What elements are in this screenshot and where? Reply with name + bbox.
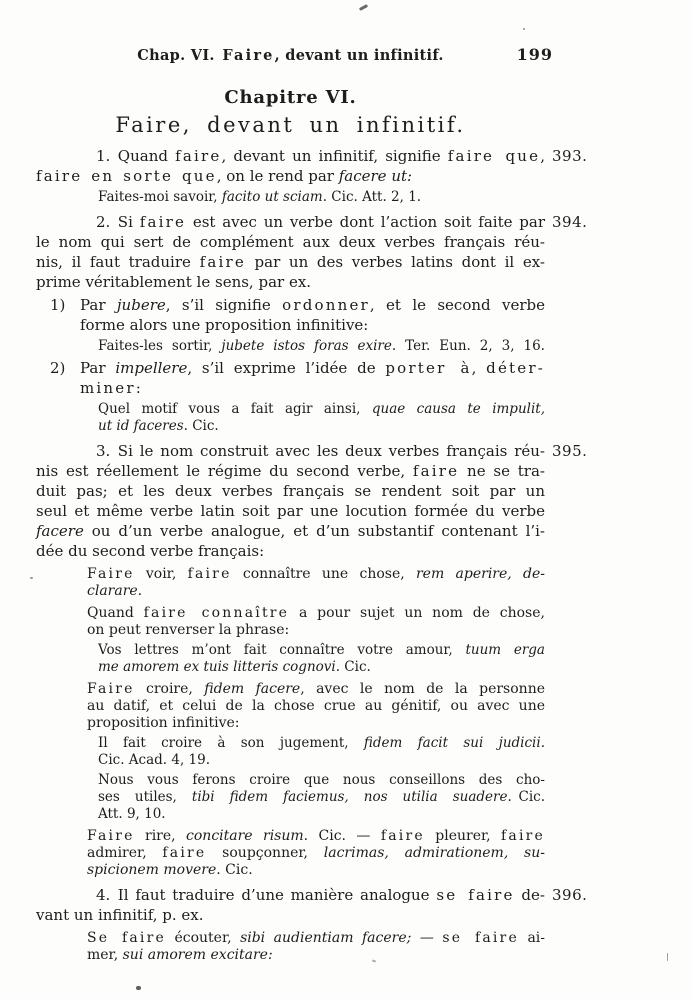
text-run: Faire <box>222 47 274 64</box>
text-column: Chap. VI. Faire, devant un infinitif. 19… <box>36 0 545 964</box>
text-line: me amorem ex tuis litteris cognovi. Cic. <box>98 659 545 676</box>
text-run: faire <box>200 253 246 271</box>
example-block: Faites-les sortir, jubete istos foras ex… <box>98 338 545 355</box>
text-line: Il fait croire à son jugement, fidem fac… <box>98 735 545 752</box>
text-line: 2)Par impellere, s’il exprime l’idée de … <box>50 358 545 378</box>
text-run: impellere <box>115 359 187 377</box>
text-run: . Cic. <box>216 862 252 878</box>
text-run: faire que <box>448 147 540 165</box>
text-line: 3. Si le nom construit avec les deux ver… <box>36 441 545 461</box>
text-run: Vos lettres m’ont fait connaître votre a… <box>98 642 465 658</box>
text-run: Nous vous ferons croire que nous conseil… <box>98 772 545 788</box>
text-run: lacrimas, admirationem, su- <box>324 845 545 861</box>
text-run: . Cic. — <box>304 828 381 844</box>
note-block: Quand faire connaître a pour sujet un no… <box>87 605 545 639</box>
text-run: Faites-les sortir, <box>98 338 221 354</box>
text-run: forme alors une proposition infinitive: <box>80 316 368 334</box>
text-line: on peut renverser la phrase: <box>87 622 545 639</box>
text-run: faire <box>162 845 206 861</box>
text-run: faire <box>175 147 221 165</box>
text-run: faire <box>413 462 459 480</box>
text-run: 4. Il faut traduire d’une manière analog… <box>96 886 436 904</box>
text-run: par un des verbes latins dont il ex- <box>246 253 545 271</box>
text-run: faire <box>501 828 545 844</box>
scan-speck <box>30 577 33 579</box>
text-run: fidem facere <box>204 681 300 697</box>
text-run: écouter, <box>166 930 240 946</box>
paragraph: 4. Il faut traduire d’une manière analog… <box>36 885 545 925</box>
text-run: faire <box>188 566 232 582</box>
text-line: Nous vous ferons croire que nous conseil… <box>98 772 545 789</box>
text-line: facere ou d’un verbe analogue, et d’un s… <box>36 521 545 541</box>
text-run: a pour sujet un nom de chose, <box>289 605 545 621</box>
text-run: , <box>472 359 487 377</box>
text-line: 1. Quand faire, devant un infinitif, sig… <box>36 146 545 166</box>
text-run: faire en sorte que <box>36 167 217 185</box>
example-block: Faites-moi savoir, facito ut sciam. Cic.… <box>98 189 545 206</box>
text-run: . Cic. <box>507 789 545 805</box>
text-run: ses utiles, <box>98 789 192 805</box>
example-block: Nous vous ferons croire que nous conseil… <box>98 772 545 823</box>
text-line: prime véritablement le sens, par ex. <box>36 272 545 292</box>
text-run: — <box>411 930 442 946</box>
text-run: porter à <box>385 359 471 377</box>
text-line: ut id faceres. Cic. <box>98 418 545 435</box>
text-run: ou d’un verbe analogue, et d’un substant… <box>84 522 545 540</box>
margin-number: 396. <box>552 885 587 905</box>
text-run: seul et même verbe latin soit par une lo… <box>36 502 545 520</box>
text-line: Cic. Acad. 4, 19. <box>98 752 545 769</box>
text-run: tibi fidem faciemus, nos utilia suadere <box>192 789 508 805</box>
text-run: . Cic. Att. 2, 1. <box>323 189 421 205</box>
text-run: Quel motif vous a fait agir ainsi, <box>98 401 372 417</box>
text-run: ordonner <box>282 296 370 314</box>
scan-speck <box>136 986 141 990</box>
text-run: 1. Quand <box>96 147 175 165</box>
text-run: soupçonner, <box>206 845 323 861</box>
text-run: jubere <box>117 296 166 314</box>
note-block: Faire croire, fidem facere, avec le nom … <box>87 681 545 732</box>
text-run: connaître une chose, <box>232 566 416 582</box>
text-run: on peut renverser la phrase: <box>87 622 289 638</box>
scan-speck <box>523 28 525 30</box>
text-run: . Cic. <box>184 418 219 434</box>
text-line: Vos lettres m’ont fait connaître votre a… <box>98 642 545 659</box>
text-line: Faites-les sortir, jubete istos foras ex… <box>98 338 545 355</box>
text-line: proposition infinitive: <box>87 715 545 732</box>
running-head-title: Chap. VI. Faire, devant un infinitif. <box>137 47 443 64</box>
margin-number: 394. <box>552 212 587 232</box>
text-line: seul et même verbe latin soit par une lo… <box>36 501 545 521</box>
text-run: mer, <box>87 947 123 963</box>
text-run: au datif, et celui de la chose crue au g… <box>87 698 545 714</box>
body-text: 1. Quand faire, devant un infinitif, sig… <box>36 146 545 964</box>
text-run: Se faire <box>87 930 166 946</box>
text-run: prime véritablement le sens, par ex. <box>36 273 311 291</box>
text-run: miner: <box>80 379 143 397</box>
text-run: vant un infinitif, p. ex. <box>36 906 204 924</box>
text-run: . Ter. Eun. 2, 3, 16. <box>392 338 545 354</box>
text-run: dée du second verbe français: <box>36 542 264 560</box>
text-run: facito ut sciam <box>222 189 323 205</box>
text-run: rem aperire, de- <box>416 566 545 582</box>
note-block: Faire rire, concitare risum. Cic. — fair… <box>87 828 545 879</box>
text-run: , avec le nom de la personne <box>300 681 545 697</box>
text-line: faire en sorte que, on le rend par facer… <box>36 166 545 186</box>
text-run: jubete istos foras exire <box>221 338 391 354</box>
text-line: ses utiles, tibi fidem faciemus, nos uti… <box>98 789 545 806</box>
text-run: nis, il faut traduire <box>36 253 200 271</box>
text-run: Faire <box>87 566 135 582</box>
text-run: rire, <box>135 828 186 844</box>
example-block: Quel motif vous a fait agir ainsi, quae … <box>98 401 545 435</box>
text-line: duit pas; et les deux verbes français se… <box>36 481 545 501</box>
text-line: clarare. <box>87 583 545 600</box>
page-number: 199 <box>517 45 553 64</box>
text-run: quae causa te impulit, <box>372 401 545 417</box>
text-line: admirer, faire soupçonner, lacrimas, adm… <box>87 845 545 862</box>
text-line: 2. Si faire est avec un verbe dont l’act… <box>36 212 545 232</box>
text-run: voir, <box>135 566 188 582</box>
text-line: le nom qui sert de complément aux deux v… <box>36 232 545 252</box>
text-run: faire <box>381 828 425 844</box>
text-line: Quand faire connaître a pour sujet un no… <box>87 605 545 622</box>
text-line: Faire croire, fidem facere, avec le nom … <box>87 681 545 698</box>
text-run: Faire <box>87 828 135 844</box>
text-line: 4. Il faut traduire d’une manière analog… <box>36 885 545 905</box>
text-line: Se faire écouter, sibi audientiam facere… <box>87 930 545 947</box>
text-run: admirer, <box>87 845 162 861</box>
text-line: Quel motif vous a fait agir ainsi, quae … <box>98 401 545 418</box>
text-run: facere ut: <box>339 167 412 185</box>
text-run: se faire <box>442 930 519 946</box>
note-block: Se faire écouter, sibi audientiam facere… <box>87 930 545 964</box>
text-run: , <box>540 147 545 165</box>
text-run: se faire <box>436 886 514 904</box>
text-line: Att. 9, 10. <box>98 806 545 823</box>
text-line: 1)Par jubere, s’il signifie ordonner, et… <box>50 295 545 315</box>
text-run: , s’il signifie <box>166 296 282 314</box>
text-run: pleurer, <box>425 828 501 844</box>
text-run: clarare. <box>87 583 142 599</box>
list-marker: 1) <box>50 295 80 315</box>
text-line: forme alors une proposition infinitive: <box>50 315 545 335</box>
text-run: ai- <box>519 930 545 946</box>
text-run: Att. 9, 10. <box>98 806 166 822</box>
text-run: Par <box>80 296 117 314</box>
text-line: Faire rire, concitare risum. Cic. — fair… <box>87 828 545 845</box>
example-block: Vos lettres m’ont fait connaître votre a… <box>98 642 545 676</box>
text-run: tuum erga <box>465 642 545 658</box>
paragraph: 3. Si le nom construit avec les deux ver… <box>36 441 545 561</box>
text-run: le nom qui sert de complément aux deux v… <box>36 233 545 251</box>
running-head: Chap. VI. Faire, devant un infinitif. 19… <box>36 47 545 67</box>
text-run: Faites-moi savoir, <box>98 189 222 205</box>
paragraph: 1. Quand faire, devant un infinitif, sig… <box>36 146 545 186</box>
text-run: Faire <box>87 681 135 697</box>
text-line: Faites-moi savoir, facito ut sciam. Cic.… <box>98 189 545 206</box>
text-run: , devant un infinitif, signifie <box>221 147 447 165</box>
text-run: me amorem ex tuis litteris cognovi <box>98 659 336 675</box>
text-run: déter- <box>486 359 545 377</box>
text-run: Il fait croire à son jugement, <box>98 735 364 751</box>
text-run: sui amorem excitare: <box>123 947 273 963</box>
text-run: faire connaître <box>144 605 290 621</box>
text-run: concitare risum <box>186 828 304 844</box>
text-run: , s’il exprime l’idée de <box>187 359 385 377</box>
text-run: facere <box>36 522 84 540</box>
list-item: 2)Par impellere, s’il exprime l’idée de … <box>50 358 545 398</box>
text-line: spicionem movere. Cic. <box>87 862 545 879</box>
text-run: nis est réellement le régime du second v… <box>36 462 413 480</box>
text-run: Cic. Acad. 4, 19. <box>98 752 210 768</box>
example-block: Il fait croire à son jugement, fidem fac… <box>98 735 545 769</box>
text-run: est avec un verbe dont l’action soit fai… <box>186 213 545 231</box>
text-run: duit pas; et les deux verbes français se… <box>36 482 545 500</box>
text-line: mer, sui amorem excitare: <box>87 947 545 964</box>
text-run: spicionem movere <box>87 862 216 878</box>
page-title: Faire, devant un infinitif. <box>36 113 545 137</box>
text-run: , on le rend par <box>217 167 339 185</box>
text-run: Chap. VI. <box>137 47 222 64</box>
margin-number: 393. <box>552 146 587 166</box>
text-run: Quand <box>87 605 144 621</box>
text-run: sibi audientiam facere; <box>240 930 411 946</box>
text-line: vant un infinitif, p. ex. <box>36 905 545 925</box>
text-run: fidem facit sui judicii. <box>364 735 545 751</box>
text-line: au datif, et celui de la chose crue au g… <box>87 698 545 715</box>
text-line: Faire voir, faire connaître une chose, r… <box>87 566 545 583</box>
list-marker: 2) <box>50 358 80 378</box>
note-block: Faire voir, faire connaître une chose, r… <box>87 566 545 600</box>
margin-number: 395. <box>552 441 587 461</box>
list-item: 1)Par jubere, s’il signifie ordonner, et… <box>50 295 545 335</box>
text-run: 2. Si <box>96 213 140 231</box>
text-run: 3. Si le nom construit avec les deux ver… <box>96 442 545 460</box>
text-run: Par <box>80 359 115 377</box>
paragraph: 2. Si faire est avec un verbe dont l’act… <box>36 212 545 292</box>
text-run: . Cic. <box>336 659 371 675</box>
scan-speck <box>667 953 668 961</box>
text-run: de- <box>515 886 545 904</box>
text-run: ut id faceres <box>98 418 184 434</box>
text-line: dée du second verbe français: <box>36 541 545 561</box>
text-line: nis, il faut traduire faire par un des v… <box>36 252 545 272</box>
text-run: proposition infinitive: <box>87 715 239 731</box>
text-line: nis est réellement le régime du second v… <box>36 461 545 481</box>
text-run: faire <box>140 213 186 231</box>
text-run: ne se tra- <box>459 462 545 480</box>
text-line: miner: <box>50 378 545 398</box>
chapter-heading: Chapitre VI. <box>36 87 545 108</box>
text-run: , devant un infinitif. <box>275 47 444 64</box>
text-run: , et le second verbe <box>370 296 545 314</box>
text-run: croire, <box>135 681 205 697</box>
